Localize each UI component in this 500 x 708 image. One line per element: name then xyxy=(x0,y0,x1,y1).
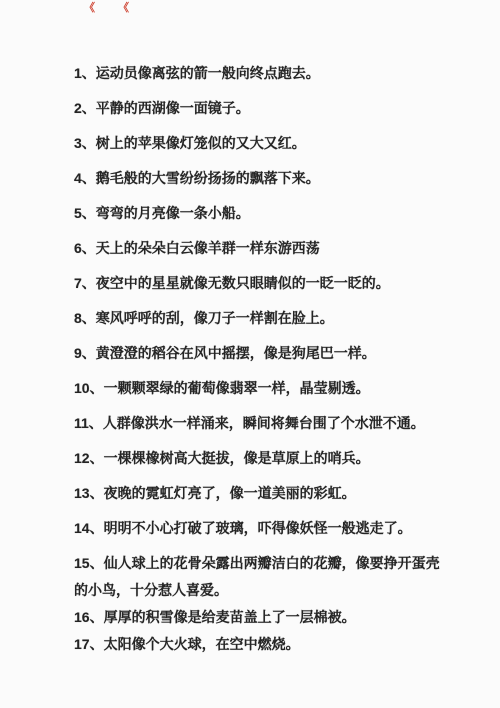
item-text: 弯弯的月亮像一条小船。 xyxy=(96,205,250,221)
document-page: 《《 1、运动员像离弦的箭一般向终点跑去。 2、平静的西湖像一面镜子。 3、树上… xyxy=(0,0,500,708)
list-item: 10、一颗颗翠绿的葡萄像翡翠一样，晶莹剔透。 xyxy=(74,375,446,402)
item-number: 12、 xyxy=(74,450,104,466)
item-number: 10、 xyxy=(74,380,104,396)
item-number: 15、 xyxy=(74,555,104,571)
item-text: 平静的西湖像一面镜子。 xyxy=(96,100,250,116)
item-number: 9、 xyxy=(74,345,96,361)
item-number: 2、 xyxy=(74,100,96,116)
item-text: 运动员像离弦的箭一般向终点跑去。 xyxy=(96,65,320,81)
item-number: 11、 xyxy=(74,415,103,431)
item-number: 6、 xyxy=(74,240,96,256)
list-item: 13、夜晚的霓虹灯亮了，像一道美丽的彩虹。 xyxy=(74,480,446,507)
item-text: 树上的苹果像灯笼似的又大又红。 xyxy=(96,135,306,151)
list-item: 17、太阳像个大火球，在空中燃烧。 xyxy=(74,631,446,658)
item-text: 一棵棵橡树高大挺拔，像是草原上的哨兵。 xyxy=(104,450,370,466)
list-item: 11、人群像洪水一样涌来，瞬间将舞台围了个水泄不通。 xyxy=(74,410,446,437)
item-number: 1、 xyxy=(74,65,96,81)
list-item: 7、夜空中的星星就像无数只眼睛似的一眨一眨的。 xyxy=(74,270,446,297)
list-item: 3、树上的苹果像灯笼似的又大又红。 xyxy=(74,130,446,157)
item-text: 明明不小心打破了玻璃，吓得像妖怪一般逃走了。 xyxy=(104,520,412,536)
item-number: 13、 xyxy=(74,485,104,501)
list-item: 5、弯弯的月亮像一条小船。 xyxy=(74,200,446,227)
list-item: 15、仙人球上的花骨朵露出两瓣洁白的花瓣，像要挣开蛋壳的小鸟，十分惹人喜爱。 xyxy=(74,550,446,604)
list-item: 6、天上的朵朵白云像羊群一样东游西荡 xyxy=(74,235,446,262)
simile-sentence-list: 1、运动员像离弦的箭一般向终点跑去。 2、平静的西湖像一面镜子。 3、树上的苹果… xyxy=(0,0,500,658)
item-number: 17、 xyxy=(74,636,104,652)
list-item: 9、黄澄澄的稻谷在风中摇摆，像是狗尾巴一样。 xyxy=(74,340,446,367)
list-item: 2、平静的西湖像一面镜子。 xyxy=(74,95,446,122)
list-item: 16、厚厚的积雪像是给麦苗盖上了一层棉被。 xyxy=(74,604,446,631)
item-text: 天上的朵朵白云像羊群一样东游西荡 xyxy=(96,240,320,256)
list-item: 1、运动员像离弦的箭一般向终点跑去。 xyxy=(74,60,446,87)
item-number: 7、 xyxy=(74,275,96,291)
item-text: 人群像洪水一样涌来，瞬间将舞台围了个水泄不通。 xyxy=(103,415,425,431)
item-text: 寒风呼呼的刮，像刀子一样割在脸上。 xyxy=(96,310,334,326)
item-text: 黄澄澄的稻谷在风中摇摆，像是狗尾巴一样。 xyxy=(96,345,376,361)
list-item: 4、鹅毛般的大雪纷纷扬扬的飘落下来。 xyxy=(74,165,446,192)
item-text: 一颗颗翠绿的葡萄像翡翠一样，晶莹剔透。 xyxy=(104,380,370,396)
item-number: 4、 xyxy=(74,170,96,186)
item-text: 夜晚的霓虹灯亮了，像一道美丽的彩虹。 xyxy=(104,485,356,501)
item-text: 仙人球上的花骨朵露出两瓣洁白的花瓣，像要挣开蛋壳的小鸟，十分惹人喜爱。 xyxy=(74,555,440,598)
item-text: 夜空中的星星就像无数只眼睛似的一眨一眨的。 xyxy=(96,275,390,291)
item-number: 16、 xyxy=(74,609,104,625)
item-number: 14、 xyxy=(74,520,104,536)
item-text: 太阳像个大火球，在空中燃烧。 xyxy=(104,636,300,652)
item-text: 鹅毛般的大雪纷纷扬扬的飘落下来。 xyxy=(96,170,320,186)
item-text: 厚厚的积雪像是给麦苗盖上了一层棉被。 xyxy=(104,609,356,625)
list-item: 8、寒风呼呼的刮，像刀子一样割在脸上。 xyxy=(74,305,446,332)
item-number: 8、 xyxy=(74,310,96,326)
list-item: 12、一棵棵橡树高大挺拔，像是草原上的哨兵。 xyxy=(74,445,446,472)
item-number: 5、 xyxy=(74,205,96,221)
item-number: 3、 xyxy=(74,135,96,151)
list-item: 14、明明不小心打破了玻璃，吓得像妖怪一般逃走了。 xyxy=(74,515,446,542)
